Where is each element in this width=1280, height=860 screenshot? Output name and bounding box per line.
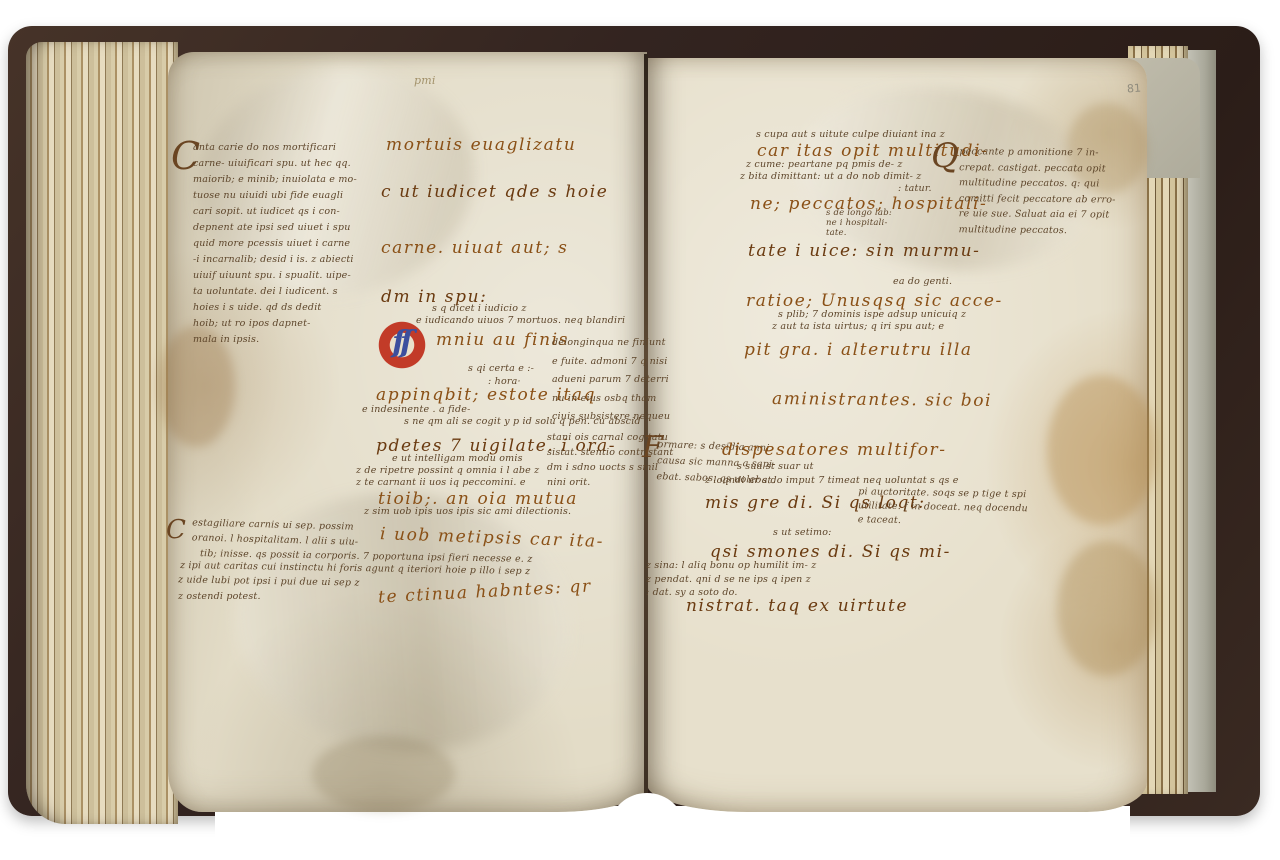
- right-margin-gloss: peccante p amonitione 7 in-crepat. casti…: [959, 144, 1145, 239]
- manuscript-text-line: depnent ate ipsi sed uiuet i spu: [193, 220, 389, 236]
- interlinear-gloss: s ut setimo:: [773, 527, 832, 538]
- interlinear-gloss: z cume: peartane pq pmis de- z: [746, 159, 903, 170]
- interlinear-gloss-block: s de longo lab:ne i hospitali-tate.: [826, 209, 906, 238]
- gloss-initial: Q: [931, 139, 959, 173]
- manuscript-text-line: adueni parum 7 deterri: [552, 371, 664, 390]
- interlinear-gloss: e indesinente . a fide-: [362, 404, 471, 415]
- lemma-line: c ut iudicet qde s hoie: [381, 182, 608, 202]
- header-inscription: pmi: [414, 74, 436, 87]
- manuscript-text-line: crepat. castigat. peccata opit: [959, 160, 1144, 177]
- interlinear-gloss: z bita dimittant: ut a do nob dimit- z: [740, 171, 922, 182]
- gloss-initial: C: [166, 517, 186, 543]
- lemma-line: tate i uice: sin murmu-: [748, 241, 981, 261]
- lemma-line: carne. uiuat aut; s: [381, 238, 568, 258]
- bottom-gloss: estagiliare carnis ui sep. possimoranoi.…: [192, 516, 393, 550]
- manuscript-text-line: anta carie do nos mortificari: [193, 140, 389, 156]
- interlinear-gloss: s plib; 7 dominis ispe adsup unicuiq z: [778, 309, 966, 320]
- manuscript-text-line: multitudine peccatos. q: qui: [959, 175, 1144, 192]
- manuscript-text-line: nini orit.: [547, 475, 665, 490]
- interlinear-gloss: ea do genti.: [893, 276, 952, 287]
- manuscript-text-line: uiuif uiuunt spu. i spualit. uipe-: [193, 268, 389, 284]
- manuscript-text-line: e fuite. admoni 7 q nisi: [552, 353, 664, 372]
- stain: [1057, 541, 1157, 677]
- manuscript-text-line: carne- uiuificari spu. ut hec qq.: [193, 156, 389, 172]
- manuscript-text-line: tate.: [826, 229, 906, 239]
- lemma-line: nistrat. taq ex uirtute: [686, 596, 908, 616]
- manuscript-text-line: maiorib; e minib; inuiolata e mo-: [193, 172, 389, 188]
- manuscript-text-line: re uie sue. Saluat aia ei 7 opit: [959, 207, 1144, 224]
- manuscript-text-line: -i incarnalib; desid i is. z abiecti: [193, 252, 389, 268]
- right-margin-gloss: pi auctoritate. soqs se p tige t spiutil…: [858, 485, 1059, 530]
- interlinear-gloss: e iudicando uiuos 7 mortuos. neq blandir…: [416, 315, 625, 326]
- bottom-gloss-row: z ostendi potest.: [178, 591, 261, 602]
- manuscript-text-line: quid more pcessis uiuet i carne: [193, 236, 389, 252]
- left-page-right-gloss-column: delonginqua ne finiunte fuite. admoni 7 …: [552, 334, 664, 427]
- lemma-line: mortuis euaglizatu: [386, 135, 576, 155]
- manuscript-text-line: delonginqua ne finiunt: [552, 334, 664, 353]
- photo-stage: pmi 81 C anta carie do nos mortificarica…: [0, 0, 1280, 860]
- manuscript-text-line: cari sopit. ut iudicet qs i con-: [193, 204, 389, 220]
- interlinear-gloss: s qi certa e :-: [468, 363, 534, 374]
- left-page-edges: [26, 42, 178, 824]
- manuscript-text-line: comitti fecit peccatore ab erro-: [959, 191, 1144, 208]
- interlinear-gloss: z aut ta ista uirtus; q iri spu aut; e: [772, 321, 944, 332]
- manuscript-text-line: ciuis subsistere nequeu: [552, 408, 664, 427]
- initial-flourish: ſſ: [392, 325, 408, 360]
- interlinear-gloss: s cupa aut s uitute culpe diuiant ina z: [756, 129, 945, 140]
- manuscript-text-line: mala in ipsis.: [193, 332, 389, 348]
- manuscript-text-line: nu in eius osbq tham: [552, 390, 664, 409]
- interlinear-gloss: z de ripetre possint q omnia i l abe z: [356, 465, 539, 476]
- illuminated-initial-O: ſſ: [377, 321, 427, 369]
- left-marginal-gloss: anta carie do nos mortificaricarne- uiui…: [193, 140, 389, 348]
- manuscript-text-line: z sina: l aliq bonu op humilit im- z: [646, 559, 836, 573]
- stain: [1047, 375, 1157, 526]
- manuscript-text-line: z pendat. qni d se ne ips q ipen z: [646, 573, 836, 587]
- lemma-line: aministrantes. sic boi: [772, 389, 992, 411]
- interlinear-gloss: z loqndi ur s do imput 7 timeat neq uolu…: [705, 475, 959, 486]
- manuscript-text-line: multitudine peccatos.: [959, 222, 1144, 239]
- lemma-line: pit gra. i alterutru illa: [744, 340, 973, 360]
- manuscript-text-line: ta uoluntate. dei l iudicent. s: [193, 284, 389, 300]
- interlinear-gloss: s sua st suar ut: [737, 461, 814, 472]
- interlinear-gloss: z te carnant ii uos iq peccomini. e: [356, 477, 526, 488]
- interlinear-gloss: e ut intelligam modu omis: [392, 453, 523, 464]
- interlinear-gloss-block: z sina: l aliq bonu op humilit im- zz pe…: [646, 559, 836, 600]
- manuscript-text-line: hoies i s uide. qd ds dedit: [193, 300, 389, 316]
- lemma-line: mniu au finis: [436, 330, 569, 350]
- manuscript-text-line: peccante p amonitione 7 in-: [959, 144, 1144, 161]
- manuscript-text-line: tuose nu uiuidi ubi fide euagli: [193, 188, 389, 204]
- interlinear-gloss: : tatur.: [898, 183, 932, 194]
- interlinear-gloss: s q dicet i iudicio z: [432, 303, 527, 314]
- folio-number: 81: [1127, 82, 1142, 96]
- interlinear-gloss: z sim uob ipis uos ipis sic ami dilectio…: [364, 506, 571, 517]
- lemma-line: dispesatores multifor-: [722, 440, 947, 460]
- lemma-line: ratioe; Unusqsq sic acce-: [746, 291, 1003, 311]
- manuscript-text-line: hoib; ut ro ipos dapnet-: [193, 316, 389, 332]
- stain: [312, 736, 456, 812]
